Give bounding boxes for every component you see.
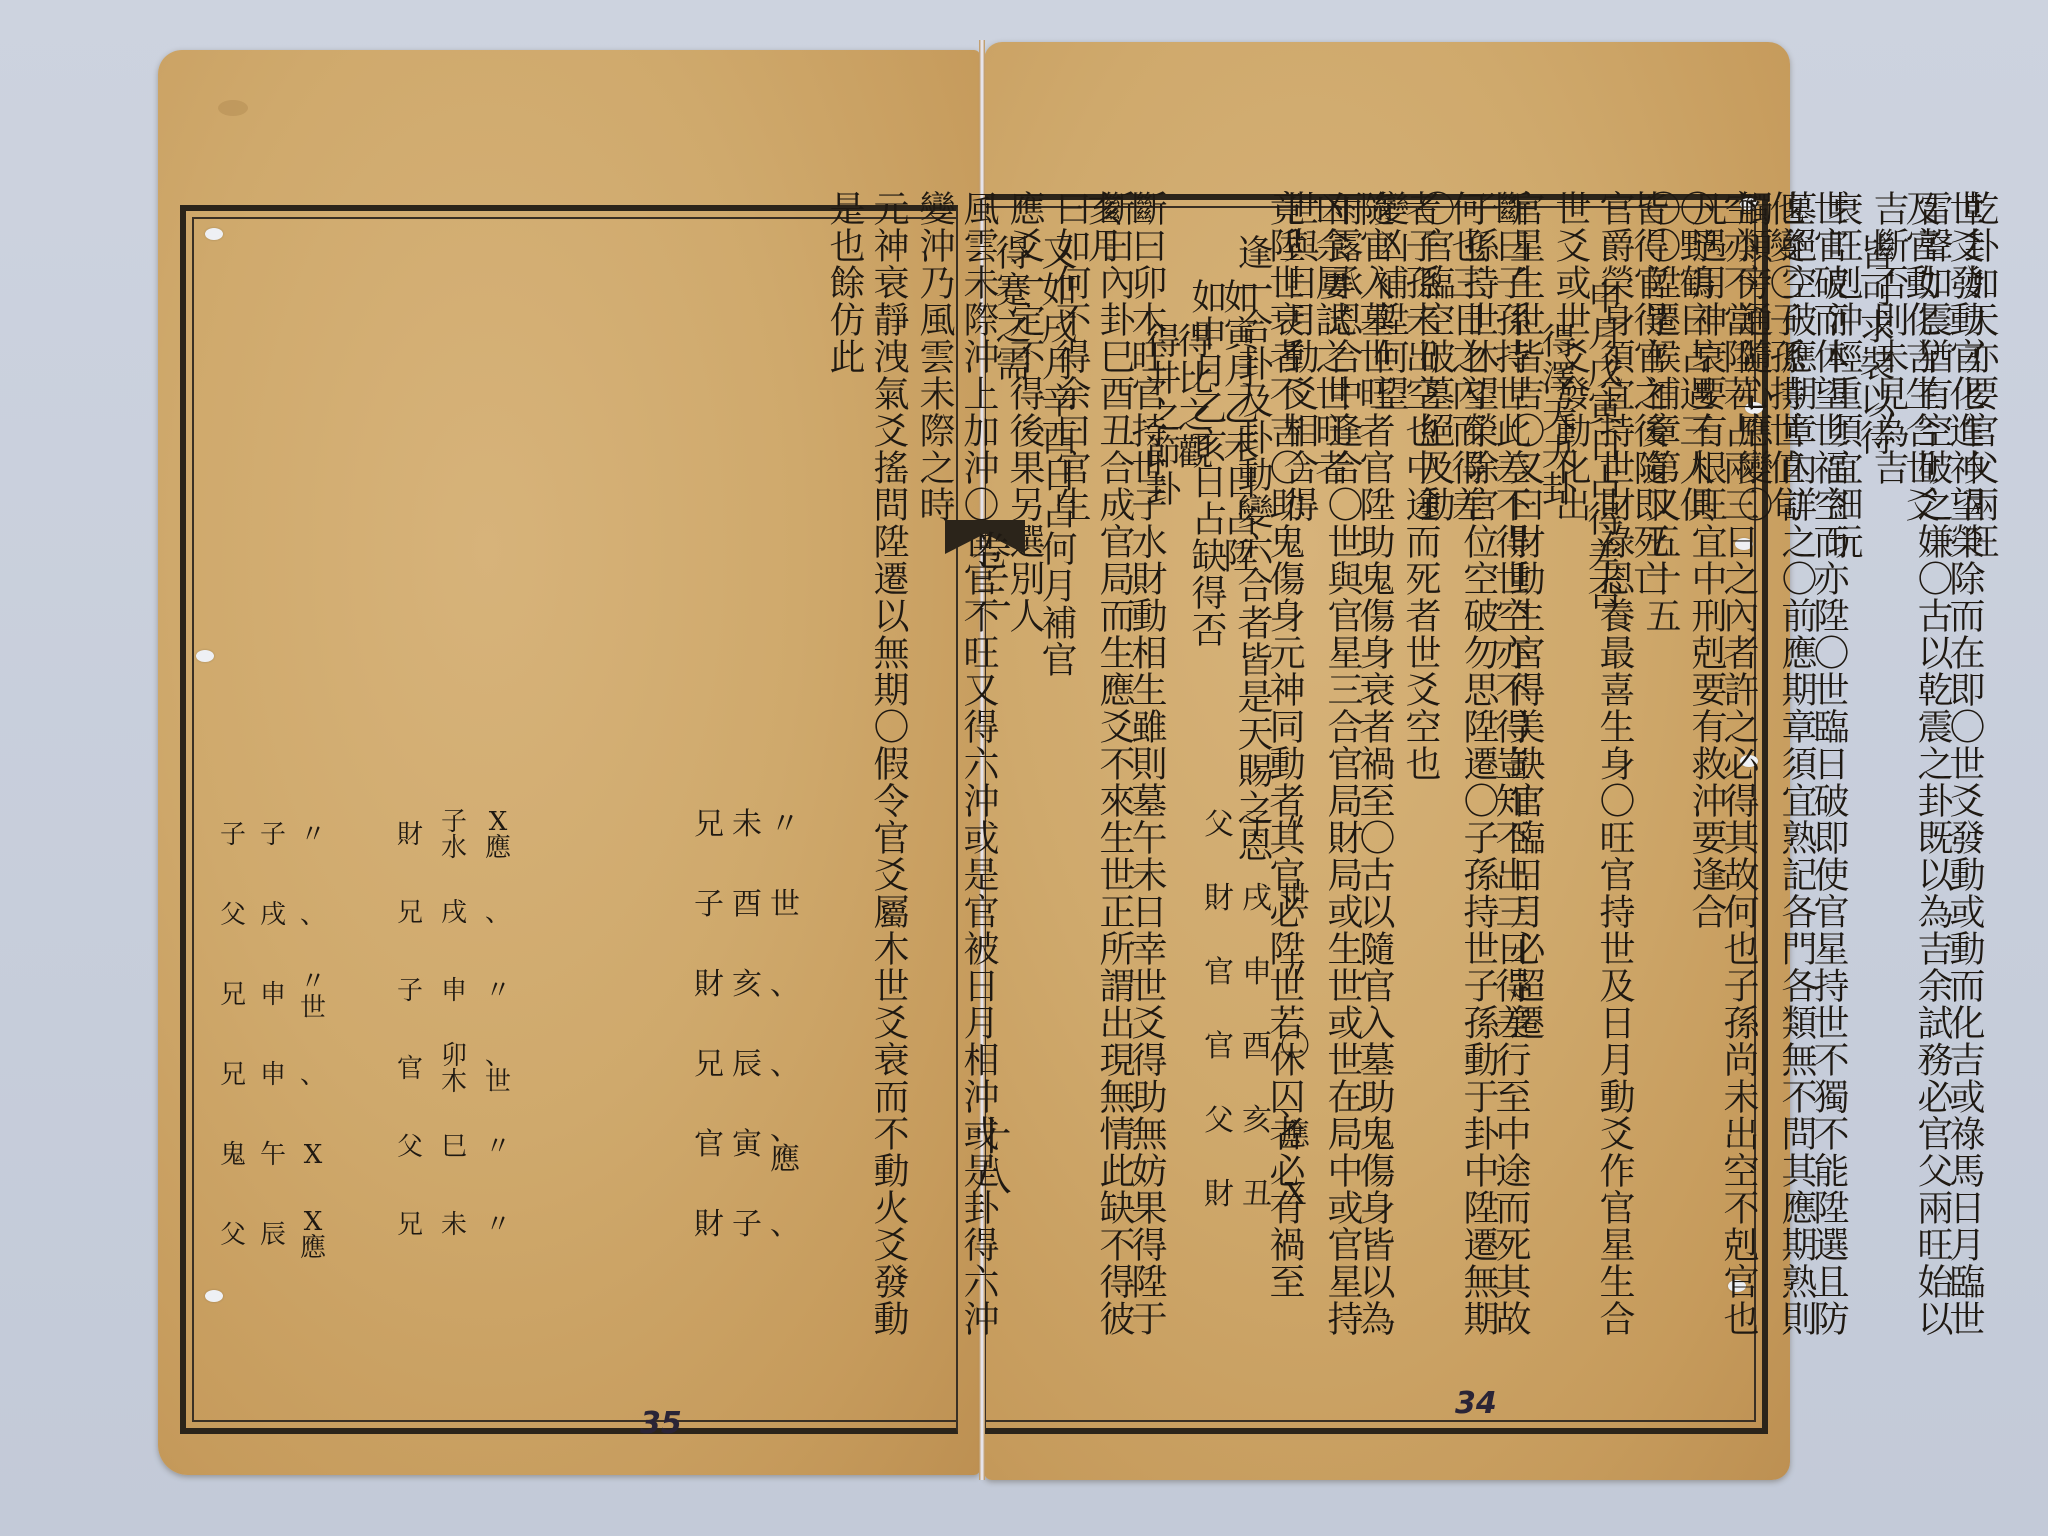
line-relation: 父 <box>391 1112 429 1182</box>
line-relation: 子 <box>690 870 728 940</box>
line-relation: 兄 <box>214 960 252 1030</box>
text-column: 者子孫未出空也中途而死者世爻空也 <box>1398 190 1442 1370</box>
line-marker: 、應 <box>766 1110 804 1180</box>
line-relation: 官 <box>690 1110 728 1180</box>
line-relation: 兄 <box>690 1030 728 1100</box>
line-relation: 兄 <box>391 1190 429 1260</box>
binding-hole <box>196 650 214 662</box>
line-marker: 〃 <box>766 790 804 860</box>
text-column: 斷曰子孫持世此差不得世空亦不得豈知不出三日得差行至中途而死其故何也三日之內而得差 <box>1444 190 1532 1370</box>
line-relation: 官 <box>391 1034 429 1104</box>
hexagram-table-bi-guan: X應 、 〃 、世 〃 〃 子水 戌 申 卯木 巳 未 財 兄 子 官 父 兄 <box>385 800 517 1268</box>
line-marker: 、 <box>294 1040 332 1110</box>
line-marker: 、 <box>766 1030 804 1100</box>
line-branch: 未 <box>435 1190 473 1260</box>
line-marker: 世 <box>766 870 804 940</box>
line-branch: 卯木 <box>435 1034 473 1104</box>
line-branch: 巳 <box>435 1112 473 1182</box>
text-column: 皆得官得官之後隨即死亡 <box>1626 190 1670 1370</box>
line-branch: 申 <box>254 1040 292 1110</box>
hexagram-table-jian-xu: 〃 、 〃世 、 X X應 子 戌 申 申 午 辰 子 父 兄 兄 鬼 父 <box>212 800 332 1280</box>
text-column: 皆可求裝以待 <box>1852 190 1896 1370</box>
line-relation: 兄 <box>214 1040 252 1110</box>
text-column: 隨官入墓世旺者官陞助鬼傷身衰者禍至〇古以隨官入墓助鬼傷身皆以為凶余屢試之世旺者 <box>1308 190 1396 1370</box>
line-marker: 〃 <box>479 1112 517 1182</box>
line-branch: 寅 <box>728 1110 766 1180</box>
text-column: 空亦不當陞若占兩三日之內者許之必得其故何也子孫尚未出空不剋官也〇野鶴曰占遇三人俱 <box>1672 190 1760 1370</box>
line-marker: X應 <box>479 800 517 870</box>
example-question: 又如戌月辛酉日占何月補官 <box>1034 190 1078 1370</box>
line-marker: 、世 <box>479 1034 517 1104</box>
left-page-text: 世爻發動官化進神望榮除而在即〇世爻發動或動而化吉或祿馬日月臨世及官動化吉生合世爻… <box>1246 190 1986 1370</box>
line-relation: 父 <box>214 1200 252 1270</box>
line-relation: 兄 <box>391 878 429 948</box>
leaf-number: 十八 <box>960 1115 1017 1195</box>
line-branch: 申 <box>254 960 292 1030</box>
line-relation: 兄 <box>690 790 728 860</box>
page-number-right: 34 <box>1455 1386 1497 1421</box>
text-column: 元神衰靜洩氣爻搖問陞遷以無期〇假令官爻屬木世爻衰而不動火爻發動是也餘仿此 <box>822 190 910 1370</box>
binding-hole <box>205 1290 223 1302</box>
page-number-left: 35 <box>640 1406 682 1441</box>
binding-hole <box>205 228 223 240</box>
hexagram-name: 得比之觀 <box>1170 190 1214 1370</box>
line-branch: 辰 <box>728 1030 766 1100</box>
example-question: 申月戊寅日占得差否 <box>1580 190 1624 1370</box>
line-marker: 〃 <box>479 1190 517 1260</box>
line-marker: X應 <box>294 1200 332 1270</box>
line-relation: 財 <box>391 800 429 870</box>
volume-label: 卷三 <box>957 530 1017 610</box>
line-branch: 未 <box>728 790 766 860</box>
line-relation: 子 <box>391 956 429 1026</box>
line-branch: 戌 <box>254 880 292 950</box>
line-branch: 酉 <box>728 870 766 940</box>
hexagram-name: 得澤天夬卦 <box>1534 190 1578 1370</box>
line-marker: 、 <box>294 880 332 950</box>
line-marker: 、 <box>479 878 517 948</box>
example-question: 如寅月乙未日占陞 <box>1216 190 1260 1370</box>
line-relation: 子 <box>214 800 252 870</box>
line-branch: 亥 <box>728 950 766 1020</box>
line-branch: 子 <box>728 1190 766 1260</box>
line-branch: 午 <box>254 1120 292 1190</box>
text-column: 世爻發動官化進神望榮除而在即〇世爻發動或動而化吉或祿馬日月臨世及官動化吉生合世爻 <box>1898 190 1986 1370</box>
text-column: 世官破而休望世福空而亦陞〇世臨日破即使官星持世不獨不能陞選且防他變〇子孫持世值旬 <box>1762 190 1850 1370</box>
line-marker: 、 <box>766 950 804 1020</box>
line-marker: 〃 <box>479 956 517 1026</box>
line-relation: 鬼 <box>214 1120 252 1190</box>
line-marker: 、 <box>766 1190 804 1260</box>
line-marker: X <box>294 1120 332 1190</box>
text-column: 斷曰卯木旺官持世子水財動相生雖則墓午未日幸世爻得助無妨果得陞于亥月 <box>1080 190 1168 1370</box>
paper-stain <box>218 100 248 116</box>
line-marker: 〃 <box>294 800 332 870</box>
line-branch: 辰 <box>254 1200 292 1270</box>
line-relation: 財 <box>690 950 728 1020</box>
hexagram-table-guai: 〃 世 、 、 、應 、 未 酉 亥 辰 寅 子 兄 子 財 兄 官 財 <box>690 790 804 1270</box>
line-branch: 子 <box>254 800 292 870</box>
line-branch: 申 <box>435 956 473 1026</box>
line-branch: 子水 <box>435 800 473 870</box>
line-marker: 〃世 <box>294 960 332 1030</box>
line-relation: 財 <box>690 1190 728 1260</box>
text-column: 竟陞世衰者不吉〇助鬼傷身元神同動者其官必陞世若休囚者必有禍至 <box>1262 190 1306 1370</box>
line-relation: 父 <box>214 880 252 950</box>
line-branch: 戌 <box>435 878 473 948</box>
